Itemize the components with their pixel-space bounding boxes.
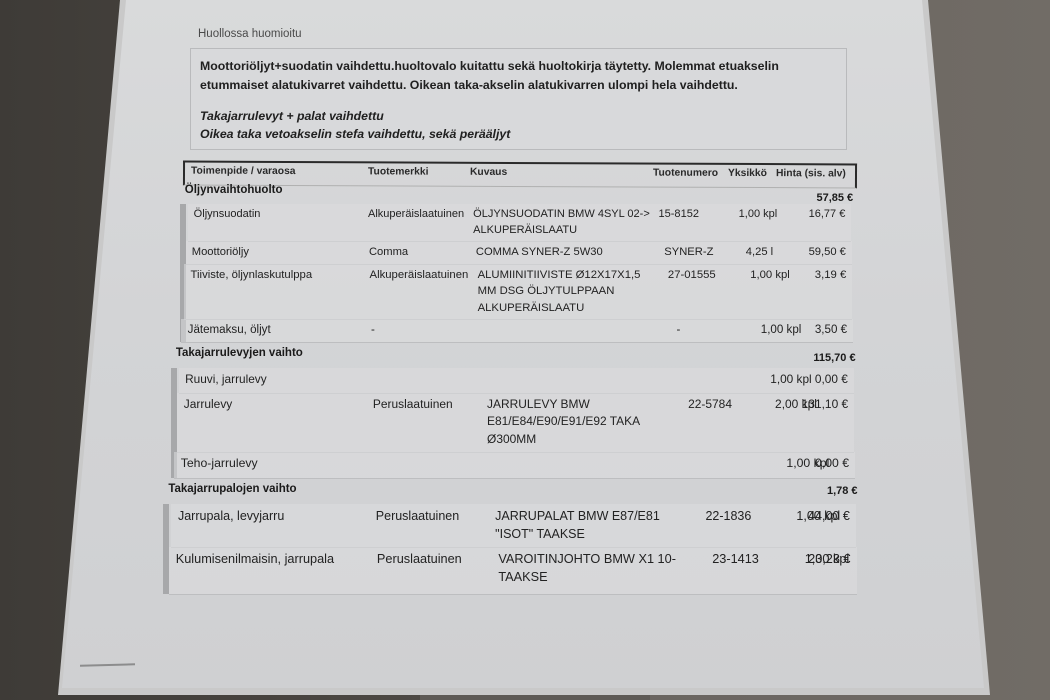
cell-product-number: SYNER-Z <box>664 244 713 260</box>
cell-brand: Alkuperäislaatuinen <box>370 267 469 283</box>
section-label: Huollossa huomioitu <box>198 28 302 40</box>
header-item: Toimenpide / varaosa <box>191 166 296 177</box>
table-row: Jarrupala, levyjarruPeruslaatuinenJARRUP… <box>171 504 856 548</box>
note-line-2: etummaiset alatukivarret vaihdettu. Oike… <box>200 78 738 92</box>
cell-description: COMMA SYNER-Z 5W30 <box>476 244 603 260</box>
table-row: Jätemaksu, öljyt--1,00 kpl3,50 € <box>181 319 853 343</box>
header-unit: Yksikkö <box>728 168 767 179</box>
cell-brand: - <box>371 322 375 339</box>
cell-item: Jarrulevy <box>184 396 233 413</box>
cell-description: ALUMIINITIIVISTE Ø12X17X1,5 MM DSG ÖLJYT… <box>478 267 641 316</box>
cell-unit: 1,00 kpl <box>739 207 778 223</box>
table-row: JarrulevyPeruslaatuinenJARRULEVY BMW E81… <box>177 393 854 453</box>
note-line-4: Oikea taka vetoakselin stefa vaihdettu, … <box>200 127 510 141</box>
cell-item: Öljynsuodatin <box>194 207 261 223</box>
table-row: Tiiviste, öljynlaskutulppaAlkuperäislaat… <box>184 264 852 320</box>
cell-description: ÖLJYNSUODATIN BMW 4SYL 02-> ALKUPERÄISLA… <box>473 207 650 239</box>
table-row: Ruuvi, jarrulevy1,00 kpl0,00 € <box>179 368 854 394</box>
cell-price: 44,00 € <box>808 507 850 525</box>
header-product-number: Tuotenumero <box>653 168 718 179</box>
cell-brand: Alkuperäislaatuinen <box>368 207 464 223</box>
cell-product-number: 22-5784 <box>688 396 732 413</box>
cell-description: JARRUPALAT BMW E87/E81 "ISOT" TAAKSE <box>495 507 660 543</box>
table-row: MoottoriöljyCommaCOMMA SYNER-Z 5W30SYNER… <box>186 241 852 265</box>
service-report: Huollossa huomioitu Moottoriöljyt+suodat… <box>0 0 1050 700</box>
cell-product-number: 27-01555 <box>668 267 716 283</box>
note-line-3: Takajarrulevyt + palat vaihdettu <box>200 109 384 123</box>
group-total: 57,85 € <box>763 192 853 204</box>
cell-item: Tiiviste, öljynlaskutulppa <box>191 267 313 283</box>
cell-price: 16,77 € <box>809 207 846 223</box>
cell-brand: Peruslaatuinen <box>376 507 459 525</box>
cell-product-number: 15-8152 <box>659 207 699 223</box>
cell-brand: Peruslaatuinen <box>377 550 462 568</box>
cell-item: Moottoriöljy <box>192 244 249 260</box>
note-line-1: Moottoriöljyt+suodatin vaihdettu.huoltov… <box>200 59 779 73</box>
cell-description: VAROITINJOHTO BMW X1 10- TAAKSE <box>498 550 676 587</box>
cell-price: 23,23 € <box>808 550 850 568</box>
cell-unit: 1,00 kpl <box>770 371 811 388</box>
cell-item: Teho-jarrulevy <box>181 455 258 473</box>
cell-price: 3,19 € <box>815 267 846 283</box>
table-row: ÖljynsuodatinAlkuperäislaatuinenÖLJYNSUO… <box>188 204 852 242</box>
group-total: 115,70 € <box>766 352 856 364</box>
group-title: Öljynvaihtohuolto <box>185 184 283 196</box>
cell-product-number: - <box>677 322 681 339</box>
cell-description: JARRULEVY BMW E81/E84/E90/E91/E92 TAKA Ø… <box>487 396 640 448</box>
header-description: Kuvaus <box>470 167 507 178</box>
cell-brand: Comma <box>369 244 408 260</box>
cell-item: Jätemaksu, öljyt <box>188 322 271 339</box>
group-title: Takajarrulevyjen vaihto <box>176 347 303 359</box>
cell-price: 0,00 € <box>815 371 848 388</box>
cell-price: 59,50 € <box>809 244 846 260</box>
cell-item: Jarrupala, levyjarru <box>178 507 284 525</box>
table-row: Teho-jarrulevy1,00 kpl0,00 € <box>174 452 855 479</box>
cell-item: Ruuvi, jarrulevy <box>185 371 267 388</box>
cell-unit: 1,00 kpl <box>761 322 802 339</box>
group-title: Takajarrupalojen vaihto <box>168 483 296 495</box>
group-total: 1,78 € <box>768 485 858 497</box>
cell-price: 3,50 € <box>815 322 847 339</box>
table-row: Kulumisenilmaisin, jarrupalaPeruslaatuin… <box>169 547 857 595</box>
cell-product-number: 23-1413 <box>712 550 759 568</box>
cell-unit: 4,25 l <box>746 244 773 260</box>
cell-price: 131,10 € <box>802 396 849 413</box>
header-brand: Tuotemerkki <box>368 166 429 177</box>
cell-item: Kulumisenilmaisin, jarrupala <box>176 550 334 568</box>
cell-unit: 1,00 kpl <box>750 267 790 283</box>
cell-product-number: 22-1836 <box>705 507 751 525</box>
header-price: Hinta (sis. alv) <box>776 168 846 179</box>
table-header: Toimenpide / varaosa Tuotemerkki Kuvaus … <box>183 161 857 189</box>
cell-price: 0,00 € <box>815 455 849 473</box>
cell-brand: Peruslaatuinen <box>373 396 453 413</box>
